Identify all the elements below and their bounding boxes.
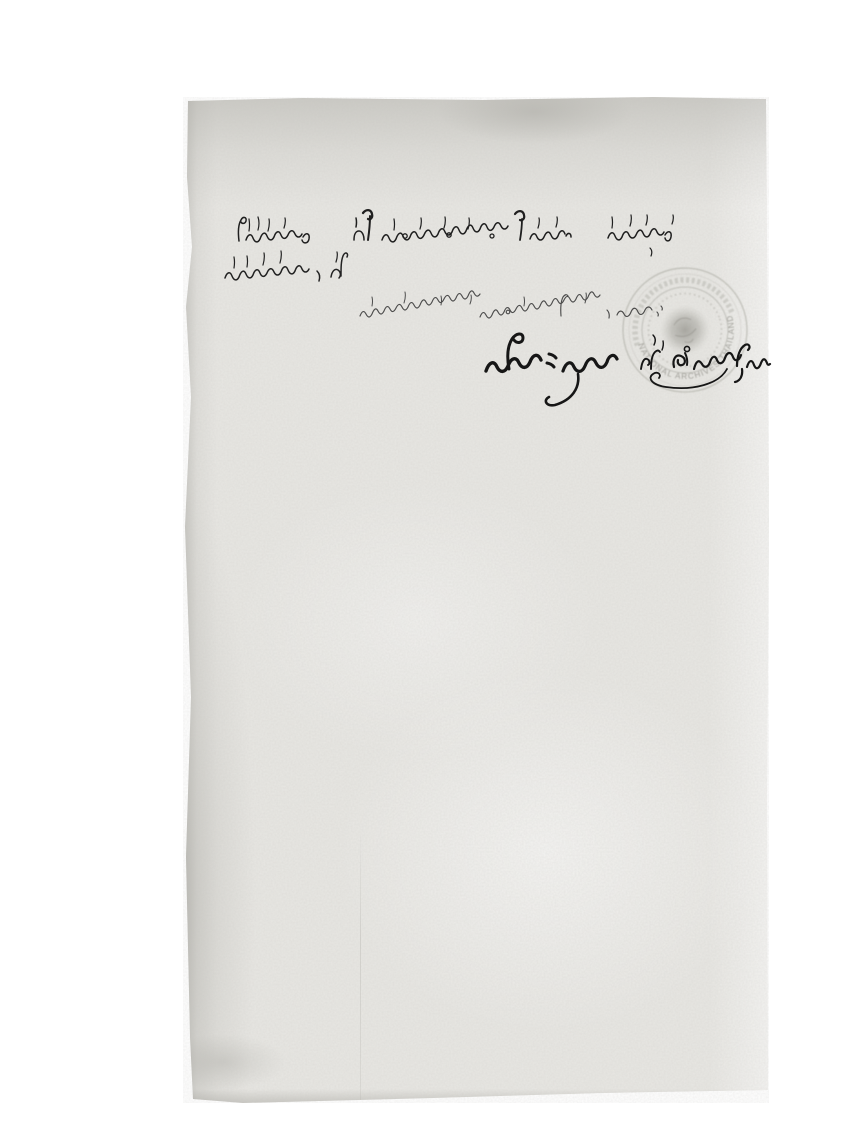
document-overlay: NATIONAL ARCHIVES THAILAND — [0, 0, 866, 1125]
paper-grain — [183, 97, 769, 1103]
scanned-document: NATIONAL ARCHIVES THAILAND — [0, 0, 866, 1125]
